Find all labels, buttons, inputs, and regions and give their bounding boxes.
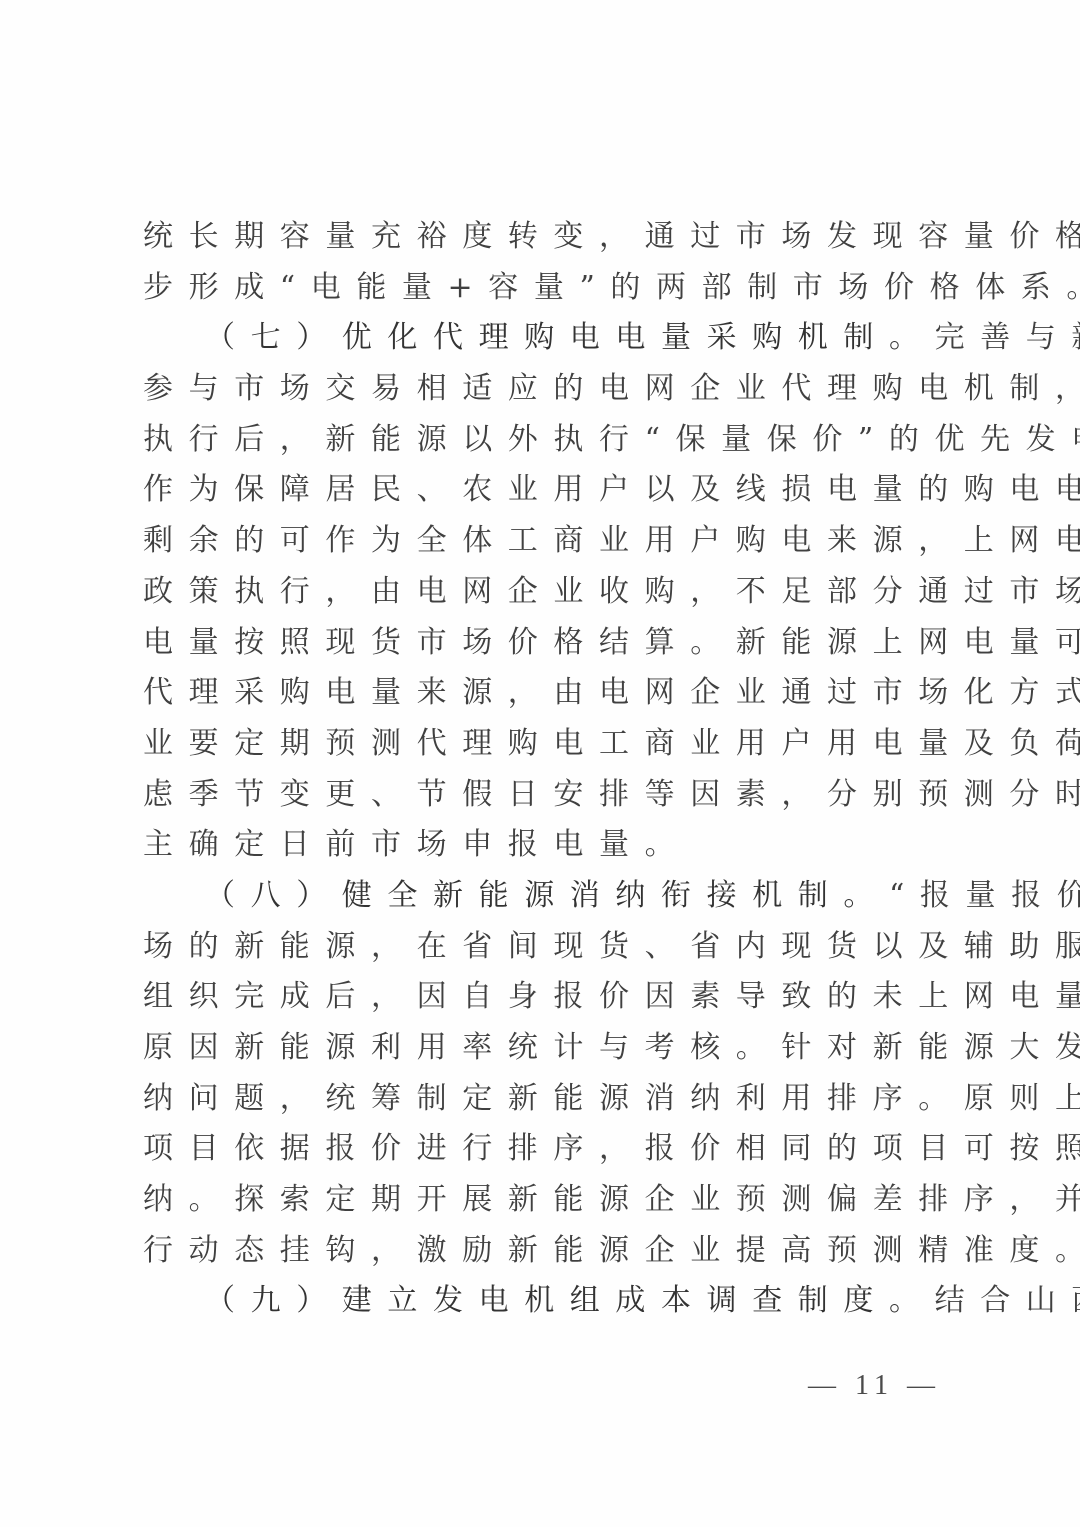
text-line: 纳。探索定期开展新能源企业预测偏差排序，并与弃电排序进 <box>143 1175 941 1226</box>
line-text: 原因新能源利用率统计与考核。针对新能源大发时段导致的消 <box>143 1030 1080 1065</box>
text-line: 纳问题，统筹制定新能源消纳利用排序。原则上“报量报价” <box>143 1074 941 1125</box>
section-heading-9: （九）建立发电机组成本调查制度。 <box>205 1283 935 1318</box>
text-line: 组织完成后，因自身报价因素导致的未上网电量，不纳入系统 <box>143 972 941 1023</box>
document-page: 统长期容量充裕度转变，通过市场发现容量价格，在发电侧逐 步形成“电能量+容量”的… <box>0 0 1080 1527</box>
text-line: 主确定日前市场申报电量。 <box>143 820 941 871</box>
line-text: 组织完成后，因自身报价因素导致的未上网电量，不纳入系统 <box>143 979 1080 1014</box>
line-text: 步形成“电能量+容量”的两部制市场价格体系。 <box>143 270 1080 305</box>
body-text: 统长期容量充裕度转变，通过市场发现容量价格，在发电侧逐 步形成“电能量+容量”的… <box>143 212 941 1327</box>
section-heading-8: （八）健全新能源消纳衔接机制。 <box>205 878 889 913</box>
text-line: 项目依据报价进行排序，报价相同的项目可按照等比例方式消 <box>143 1124 941 1175</box>
line-text: 统长期容量充裕度转变，通过市场发现容量价格，在发电侧逐 <box>143 219 1080 254</box>
text-line: 虑季节变更、节假日安排等因素，分别预测分时段用电量，自 <box>143 770 941 821</box>
text-line: 参与市场交易相适应的电网企业代理购电机制，机制电价政策 <box>143 364 941 415</box>
line-text: 虑季节变更、节假日安排等因素，分别预测分时段用电量，自 <box>143 777 1080 812</box>
section-heading-7: （七）优化代理购电电量采购机制。 <box>205 320 935 355</box>
line-text: 代理采购电量来源，由电网企业通过市场化方式采购。电网企 <box>143 675 1080 710</box>
section-heading-line-9: （九）建立发电机组成本调查制度。结合山西电网能源结 <box>143 1276 941 1327</box>
line-text: 主确定日前市场申报电量。 <box>143 827 690 862</box>
line-text: 完善与新能源全电量 <box>935 320 1080 355</box>
text-line: 统长期容量充裕度转变，通过市场发现容量价格，在发电侧逐 <box>143 212 941 263</box>
line-text: 参与市场交易相适应的电网企业代理购电机制，机制电价政策 <box>143 371 1080 406</box>
section-heading-line-7: （七）优化代理购电电量采购机制。完善与新能源全电量 <box>143 313 941 364</box>
line-text: 业要定期预测代理购电工商业用户用电量及负荷曲线，统筹考 <box>143 726 1080 761</box>
line-text: 纳问题，统筹制定新能源消纳利用排序。原则上“报量报价” <box>143 1081 1080 1116</box>
line-text: “报量报价”参与现货市 <box>889 878 1080 913</box>
text-line: 执行后，新能源以外执行“保量保价”的优先发电电量，优先 <box>143 415 941 466</box>
line-text: 作为保障居民、农业用户以及线损电量的购电电量来源，仍有 <box>143 472 1080 507</box>
line-text: 项目依据报价进行排序，报价相同的项目可按照等比例方式消 <box>143 1131 1080 1166</box>
text-line: 步形成“电能量+容量”的两部制市场价格体系。 <box>143 263 941 314</box>
text-line: 电量按照现货市场价格结算。新能源上网电量可作为电网企业 <box>143 618 941 669</box>
text-line: 剩余的可作为全体工商业用户购电来源，上网电价按现行价格 <box>143 516 941 567</box>
text-line: 行动态挂钩，激励新能源企业提高预测精准度。 <box>143 1226 941 1277</box>
line-text: 场的新能源，在省间现货、省内现货以及辅助服务等市场全部 <box>143 929 1080 964</box>
page-number: — 11 — <box>808 1370 941 1402</box>
line-text: 结合山西电网能源结 <box>935 1283 1080 1318</box>
section-heading-line-8: （八）健全新能源消纳衔接机制。“报量报价”参与现货市 <box>143 871 941 922</box>
text-line: 作为保障居民、农业用户以及线损电量的购电电量来源，仍有 <box>143 465 941 516</box>
line-text: 行动态挂钩，激励新能源企业提高预测精准度。 <box>143 1233 1080 1268</box>
line-text: 剩余的可作为全体工商业用户购电来源，上网电价按现行价格 <box>143 523 1080 558</box>
text-line: 场的新能源，在省间现货、省内现货以及辅助服务等市场全部 <box>143 922 941 973</box>
text-line: 业要定期预测代理购电工商业用户用电量及负荷曲线，统筹考 <box>143 719 941 770</box>
text-line: 代理采购电量来源，由电网企业通过市场化方式采购。电网企 <box>143 668 941 719</box>
text-line: 政策执行，由电网企业收购，不足部分通过市场化采购，偏差 <box>143 567 941 618</box>
line-text: 政策执行，由电网企业收购，不足部分通过市场化采购，偏差 <box>143 574 1080 609</box>
text-line: 原因新能源利用率统计与考核。针对新能源大发时段导致的消 <box>143 1023 941 1074</box>
line-text: 纳。探索定期开展新能源企业预测偏差排序，并与弃电排序进 <box>143 1182 1080 1217</box>
line-text: 电量按照现货市场价格结算。新能源上网电量可作为电网企业 <box>143 625 1080 660</box>
line-text: 执行后，新能源以外执行“保量保价”的优先发电电量，优先 <box>143 422 1080 457</box>
